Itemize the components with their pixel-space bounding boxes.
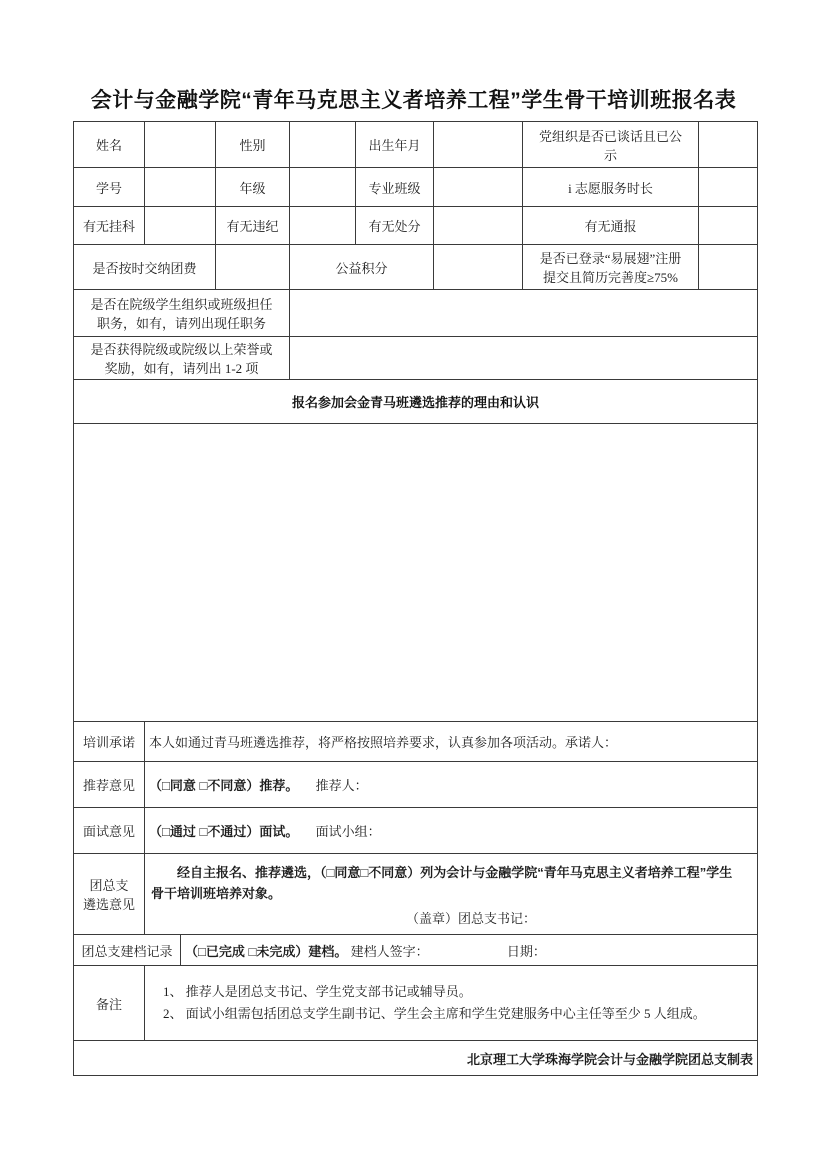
gender-value-cell (290, 122, 356, 168)
row-commitment: 培训承诺 本人如通过青马班遴选推荐，将严格按照培养要求，认真参加各项活动。承诺人… (74, 722, 758, 762)
reason-section-header: 报名参加会金青马班遴选推荐的理由和认识 (74, 380, 758, 424)
row-archive: 团总支建档记录 （□已完成 □未完成）建档。 建档人签字： 日期： (74, 935, 758, 966)
archive-content-cell: （□已完成 □未完成）建档。 建档人签字： 日期： (181, 935, 758, 966)
honor-question-label: 是否获得院级或院级以上荣誉或 奖励，如有，请列出 1-2 项 (74, 337, 290, 380)
discipline-value-cell (290, 207, 356, 245)
punishment-value-cell (434, 207, 523, 245)
league-select-label: 团总支 遴选意见 (74, 854, 145, 935)
major-class-value-cell (434, 168, 523, 207)
row-basic-1: 姓名 性别 出生年月 党组织是否已谈话且已公 示 (74, 122, 758, 168)
reason-writing-area (74, 424, 758, 722)
gender-label: 性别 (216, 122, 290, 168)
remarks-content-cell: 1、 推荐人是团总支书记、学生党支部书记或辅导员。 2、 面试小组需包括团总支学… (145, 966, 758, 1041)
league-select-seal-line: （盖章）团总支书记： (149, 904, 753, 927)
volunteer-hours-label: i 志愿服务时长 (523, 168, 699, 207)
recommend-content-cell: （□同意 □不同意）推荐。 推荐人： (145, 762, 758, 808)
failed-courses-value-cell (145, 207, 216, 245)
application-form-table: 姓名 性别 出生年月 党组织是否已谈话且已公 示 学号 年级 专业班级 i 志愿… (73, 121, 758, 1076)
discipline-label: 有无违纪 (216, 207, 290, 245)
row-footer: 北京理工大学珠海学院会计与金融学院团总支制表 (74, 1041, 758, 1076)
archive-sign-label: 建档人签字： (351, 944, 429, 959)
recommend-label: 推荐意见 (74, 762, 145, 808)
resume-platform-value-cell (699, 245, 758, 290)
remarks-label: 备注 (74, 966, 145, 1041)
interview-checkbox-text: （□通过 □不通过）面试。 (149, 824, 298, 839)
league-fee-value-cell (216, 245, 290, 290)
name-label: 姓名 (74, 122, 145, 168)
row-honor: 是否获得院级或院级以上荣誉或 奖励，如有，请列出 1-2 项 (74, 337, 758, 380)
position-answer-cell (290, 290, 758, 337)
archive-checkbox-text: （□已完成 □未完成）建档。 (185, 944, 347, 959)
interview-content-cell: （□通过 □不通过）面试。 面试小组： (145, 808, 758, 854)
row-basic-3: 有无挂科 有无违纪 有无处分 有无通报 (74, 207, 758, 245)
archive-label: 团总支建档记录 (74, 935, 181, 966)
row-basic-2: 学号 年级 专业班级 i 志愿服务时长 (74, 168, 758, 207)
commitment-content-cell: 本人如通过青马班遴选推荐，将严格按照培养要求，认真参加各项活动。承诺人： (145, 722, 758, 762)
league-select-content-cell: 经自主报名、推荐遴选，（□同意□不同意）列为会计与金融学院“青年马克思主义者培养… (145, 854, 758, 935)
commitment-text: 本人如通过青马班遴选推荐，将严格按照培养要求，认真参加各项活动。承诺人： (149, 735, 617, 750)
failed-courses-label: 有无挂科 (74, 207, 145, 245)
punishment-label: 有无处分 (356, 207, 434, 245)
party-talk-value-cell (699, 122, 758, 168)
league-fee-label: 是否按时交纳团费 (74, 245, 216, 290)
league-select-text: 经自主报名、推荐遴选，（□同意□不同意）列为会计与金融学院“青年马克思主义者培养… (149, 861, 753, 905)
public-points-label: 公益积分 (290, 245, 434, 290)
name-value-cell (145, 122, 216, 168)
grade-value-cell (290, 168, 356, 207)
interview-group-label: 面试小组： (316, 824, 381, 839)
row-position: 是否在院级学生组织或班级担任 职务，如有，请列出现任职务 (74, 290, 758, 337)
recommender-sign-label: 推荐人： (316, 778, 368, 793)
form-title: 会计与金融学院“青年马克思主义者培养工程”学生骨干培训班报名表 (0, 84, 827, 114)
notification-label: 有无通报 (523, 207, 699, 245)
birth-value-cell (434, 122, 523, 168)
resume-platform-label: 是否已登录“易展翅”注册 提交且简历完善度≥75% (523, 245, 699, 290)
row-interview: 面试意见 （□通过 □不通过）面试。 面试小组： (74, 808, 758, 854)
document-page: 会计与金融学院“青年马克思主义者培养工程”学生骨干培训班报名表 姓名 性别 出生… (0, 0, 827, 1169)
interview-label: 面试意见 (74, 808, 145, 854)
student-id-label: 学号 (74, 168, 145, 207)
row-reason-body (74, 424, 758, 722)
row-reason-header: 报名参加会金青马班遴选推荐的理由和认识 (74, 380, 758, 424)
student-id-value-cell (145, 168, 216, 207)
archive-date-label: 日期： (507, 944, 546, 959)
party-talk-label: 党组织是否已谈话且已公 示 (523, 122, 699, 168)
row-league-select: 团总支 遴选意见 经自主报名、推荐遴选，（□同意□不同意）列为会计与金融学院“青… (74, 854, 758, 935)
form-maker-footer: 北京理工大学珠海学院会计与金融学院团总支制表 (74, 1041, 758, 1076)
commitment-label: 培训承诺 (74, 722, 145, 762)
row-recommend: 推荐意见 （□同意 □不同意）推荐。 推荐人： (74, 762, 758, 808)
row-basic-4: 是否按时交纳团费 公益积分 是否已登录“易展翅”注册 提交且简历完善度≥75% (74, 245, 758, 290)
position-question-label: 是否在院级学生组织或班级担任 职务，如有，请列出现任职务 (74, 290, 290, 337)
honor-answer-cell (290, 337, 758, 380)
row-remarks: 备注 1、 推荐人是团总支书记、学生党支部书记或辅导员。 2、 面试小组需包括团… (74, 966, 758, 1041)
volunteer-hours-value-cell (699, 168, 758, 207)
birth-label: 出生年月 (356, 122, 434, 168)
major-class-label: 专业班级 (356, 168, 434, 207)
remarks-item-1: 1、 推荐人是团总支书记、学生党支部书记或辅导员。 (149, 981, 753, 1003)
recommend-checkbox-text: （□同意 □不同意）推荐。 (149, 778, 298, 793)
grade-label: 年级 (216, 168, 290, 207)
public-points-value-cell (434, 245, 523, 290)
notification-value-cell (699, 207, 758, 245)
remarks-item-2: 2、 面试小组需包括团总支学生副书记、学生会主席和学生党建服务中心主任等至少 5… (149, 1003, 753, 1025)
